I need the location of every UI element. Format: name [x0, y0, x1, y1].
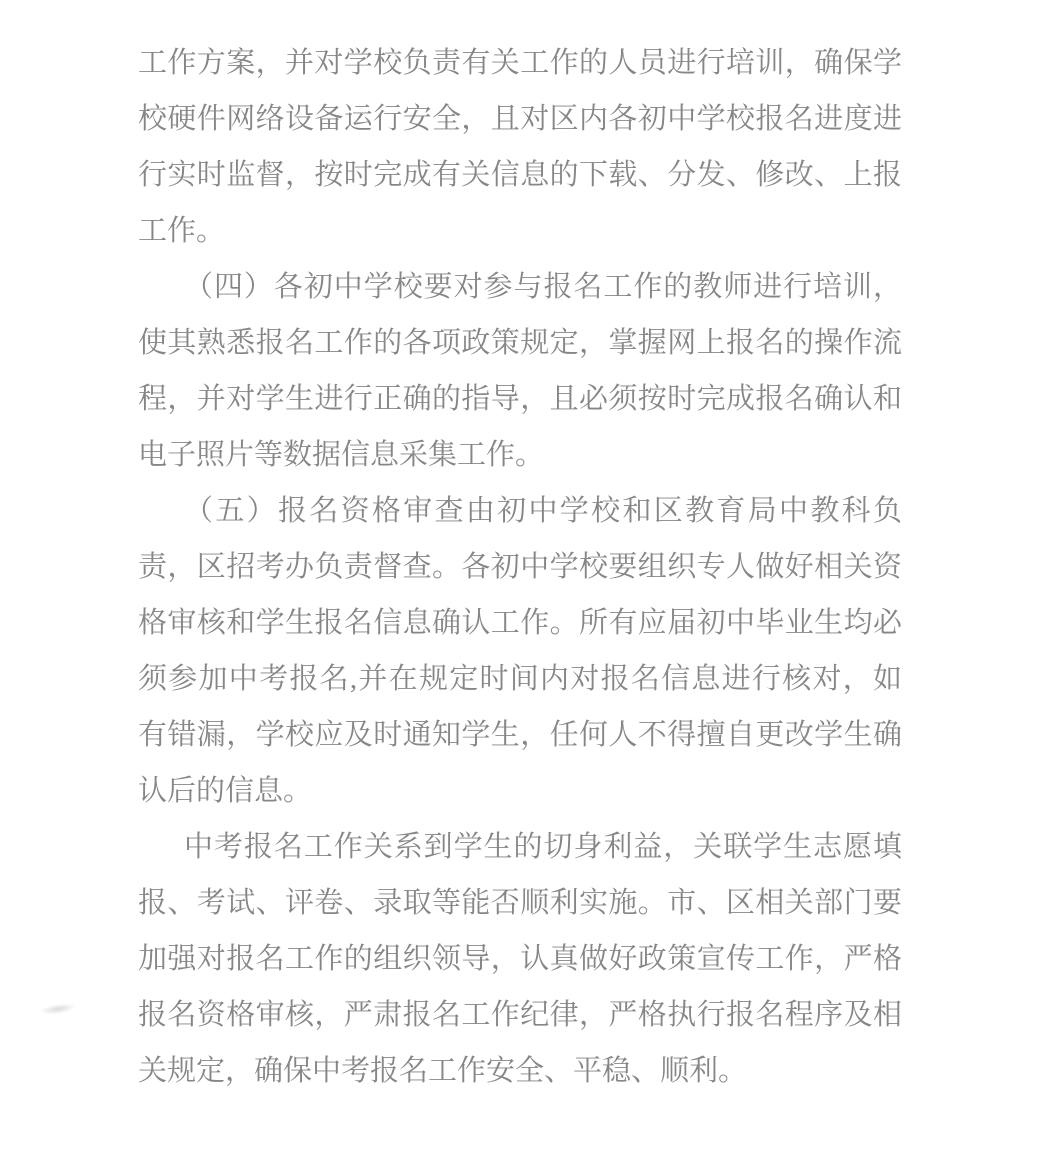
text-line: 加强对报名工作的组织领导，认真做好政策宣传工作，严格 [138, 931, 902, 987]
paragraph: （四）各初中学校要对参与报名工作的教师进行培训，使其熟悉报名工作的各项政策规定，… [138, 259, 902, 483]
text-line: 使其熟悉报名工作的各项政策规定，掌握网上报名的操作流 [138, 315, 902, 371]
text-line: 工作方案，并对学校负责有关工作的人员进行培训，确保学 [138, 35, 902, 91]
text-line: 校硬件网络设备运行安全，且对区内各初中学校报名进度进 [138, 91, 902, 147]
text-line: 工作。 [138, 203, 902, 259]
document-page: 工作方案，并对学校负责有关工作的人员进行培训，确保学校硬件网络设备运行安全，且对… [0, 0, 1058, 1150]
text-line: 程，并对学生进行正确的指导，且必须按时完成报名确认和 [138, 371, 902, 427]
text-line: 责，区招考办负责督查。各初中学校要组织专人做好相关资 [138, 539, 902, 595]
scan-smudge-artifact [39, 1002, 76, 1017]
text-line: 格审核和学生报名信息确认工作。所有应届初中毕业生均必 [138, 595, 902, 651]
text-line: （五）报名资格审查由初中学校和区教育局中教科负 [138, 483, 902, 539]
text-line: 中考报名工作关系到学生的切身利益，关联学生志愿填 [138, 819, 902, 875]
text-line: 认后的信息。 [138, 763, 902, 819]
text-line: 有错漏，学校应及时通知学生，任何人不得擅自更改学生确 [138, 707, 902, 763]
text-line: 电子照片等数据信息采集工作。 [138, 427, 902, 483]
document-body: 工作方案，并对学校负责有关工作的人员进行培训，确保学校硬件网络设备运行安全，且对… [138, 35, 902, 1099]
paragraph: （五）报名资格审查由初中学校和区教育局中教科负责，区招考办负责督查。各初中学校要… [138, 483, 902, 819]
paragraph: 中考报名工作关系到学生的切身利益，关联学生志愿填报、考试、评卷、录取等能否顺利实… [138, 819, 902, 1099]
paragraph: 工作方案，并对学校负责有关工作的人员进行培训，确保学校硬件网络设备运行安全，且对… [138, 35, 902, 259]
text-line: 报、考试、评卷、录取等能否顺利实施。市、区相关部门要 [138, 875, 902, 931]
text-line: 须参加中考报名,并在规定时间内对报名信息进行核对，如 [138, 651, 902, 707]
text-line: 行实时监督，按时完成有关信息的下载、分发、修改、上报 [138, 147, 902, 203]
text-line: 报名资格审核，严肃报名工作纪律，严格执行报名程序及相 [138, 987, 902, 1043]
text-line: （四）各初中学校要对参与报名工作的教师进行培训， [138, 259, 902, 315]
text-line: 关规定，确保中考报名工作安全、平稳、顺利。 [138, 1043, 902, 1099]
